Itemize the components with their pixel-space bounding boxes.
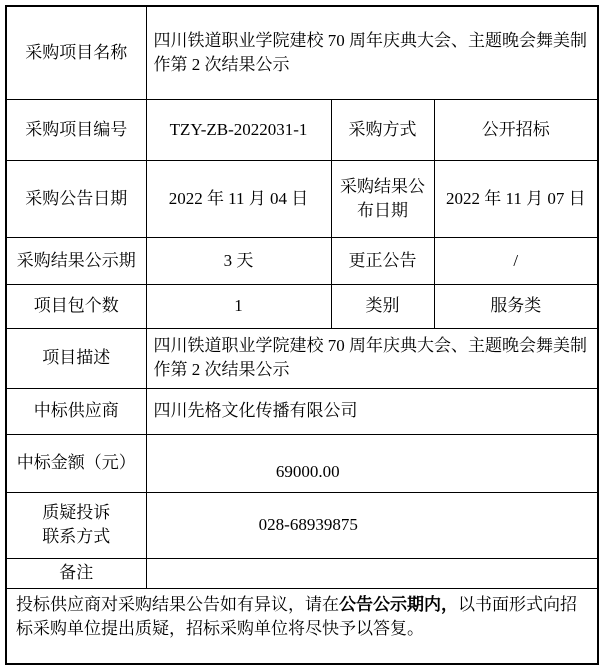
row-project-number: 采购项目编号 TZY-ZB-2022031-1 采购方式 公开招标 — [6, 99, 598, 160]
row-amount: 中标金额（元） 69000.00 — [6, 434, 598, 492]
row-contact: 质疑投诉 联系方式 028-68939875 — [6, 492, 598, 558]
correction-notice-label: 更正公告 — [331, 237, 434, 284]
footer-note-part1: 投标供应商对采购结果公告如有异议，请在 — [16, 595, 339, 614]
publicity-period-value: 3 天 — [146, 237, 331, 284]
complaint-contact-value: 028-68939875 — [146, 492, 598, 558]
description-value: 四川铁道职业学院建校 70 周年庆典大会、主题晚会舞美制作第 2 次结果公示 — [146, 328, 598, 388]
category-label: 类别 — [331, 284, 434, 328]
row-dates: 采购公告日期 2022 年 11 月 04 日 采购结果公布日期 2022 年 … — [6, 160, 598, 237]
correction-notice-value: / — [434, 237, 598, 284]
package-count-label: 项目包个数 — [6, 284, 146, 328]
result-date-value: 2022 年 11 月 07 日 — [434, 160, 598, 237]
row-footer-note: 投标供应商对采购结果公告如有异议，请在公告公示期内，以书面形式向招标采购单位提出… — [6, 588, 598, 664]
row-supplier: 中标供应商 四川先格文化传播有限公司 — [6, 388, 598, 434]
description-label: 项目描述 — [6, 328, 146, 388]
row-description: 项目描述 四川铁道职业学院建校 70 周年庆典大会、主题晚会舞美制作第 2 次结… — [6, 328, 598, 388]
complaint-contact-label: 质疑投诉 联系方式 — [6, 492, 146, 558]
winning-amount-label: 中标金额（元） — [6, 434, 146, 492]
procurement-announcement-document: 采购项目名称 四川铁道职业学院建校 70 周年庆典大会、主题晚会舞美制作第 2 … — [5, 5, 599, 665]
result-date-label: 采购结果公布日期 — [331, 160, 434, 237]
complaint-contact-label-line1: 质疑投诉 — [12, 501, 141, 525]
procurement-method-label: 采购方式 — [331, 99, 434, 160]
project-number-label: 采购项目编号 — [6, 99, 146, 160]
publicity-period-label: 采购结果公示期 — [6, 237, 146, 284]
announce-date-label: 采购公告日期 — [6, 160, 146, 237]
category-value: 服务类 — [434, 284, 598, 328]
footer-note-bold-segment: 公告公示期内， — [339, 595, 458, 614]
announce-date-value: 2022 年 11 月 04 日 — [146, 160, 331, 237]
project-number-value: TZY-ZB-2022031-1 — [146, 99, 331, 160]
row-remark: 备注 — [6, 558, 598, 588]
row-project-name: 采购项目名称 四川铁道职业学院建校 70 周年庆典大会、主题晚会舞美制作第 2 … — [6, 6, 598, 99]
procurement-method-value: 公开招标 — [434, 99, 598, 160]
remark-value — [146, 558, 598, 588]
row-package-category: 项目包个数 1 类别 服务类 — [6, 284, 598, 328]
package-count-value: 1 — [146, 284, 331, 328]
project-name-value: 四川铁道职业学院建校 70 周年庆典大会、主题晚会舞美制作第 2 次结果公示 — [146, 6, 598, 99]
project-name-label: 采购项目名称 — [6, 6, 146, 99]
complaint-contact-label-line2: 联系方式 — [12, 525, 141, 549]
row-publicity-period: 采购结果公示期 3 天 更正公告 / — [6, 237, 598, 284]
winning-supplier-value: 四川先格文化传播有限公司 — [146, 388, 598, 434]
winning-supplier-label: 中标供应商 — [6, 388, 146, 434]
footer-note: 投标供应商对采购结果公告如有异议，请在公告公示期内，以书面形式向招标采购单位提出… — [6, 588, 598, 664]
remark-label: 备注 — [6, 558, 146, 588]
procurement-result-table: 采购项目名称 四川铁道职业学院建校 70 周年庆典大会、主题晚会舞美制作第 2 … — [5, 5, 599, 665]
winning-amount-value: 69000.00 — [146, 434, 598, 492]
